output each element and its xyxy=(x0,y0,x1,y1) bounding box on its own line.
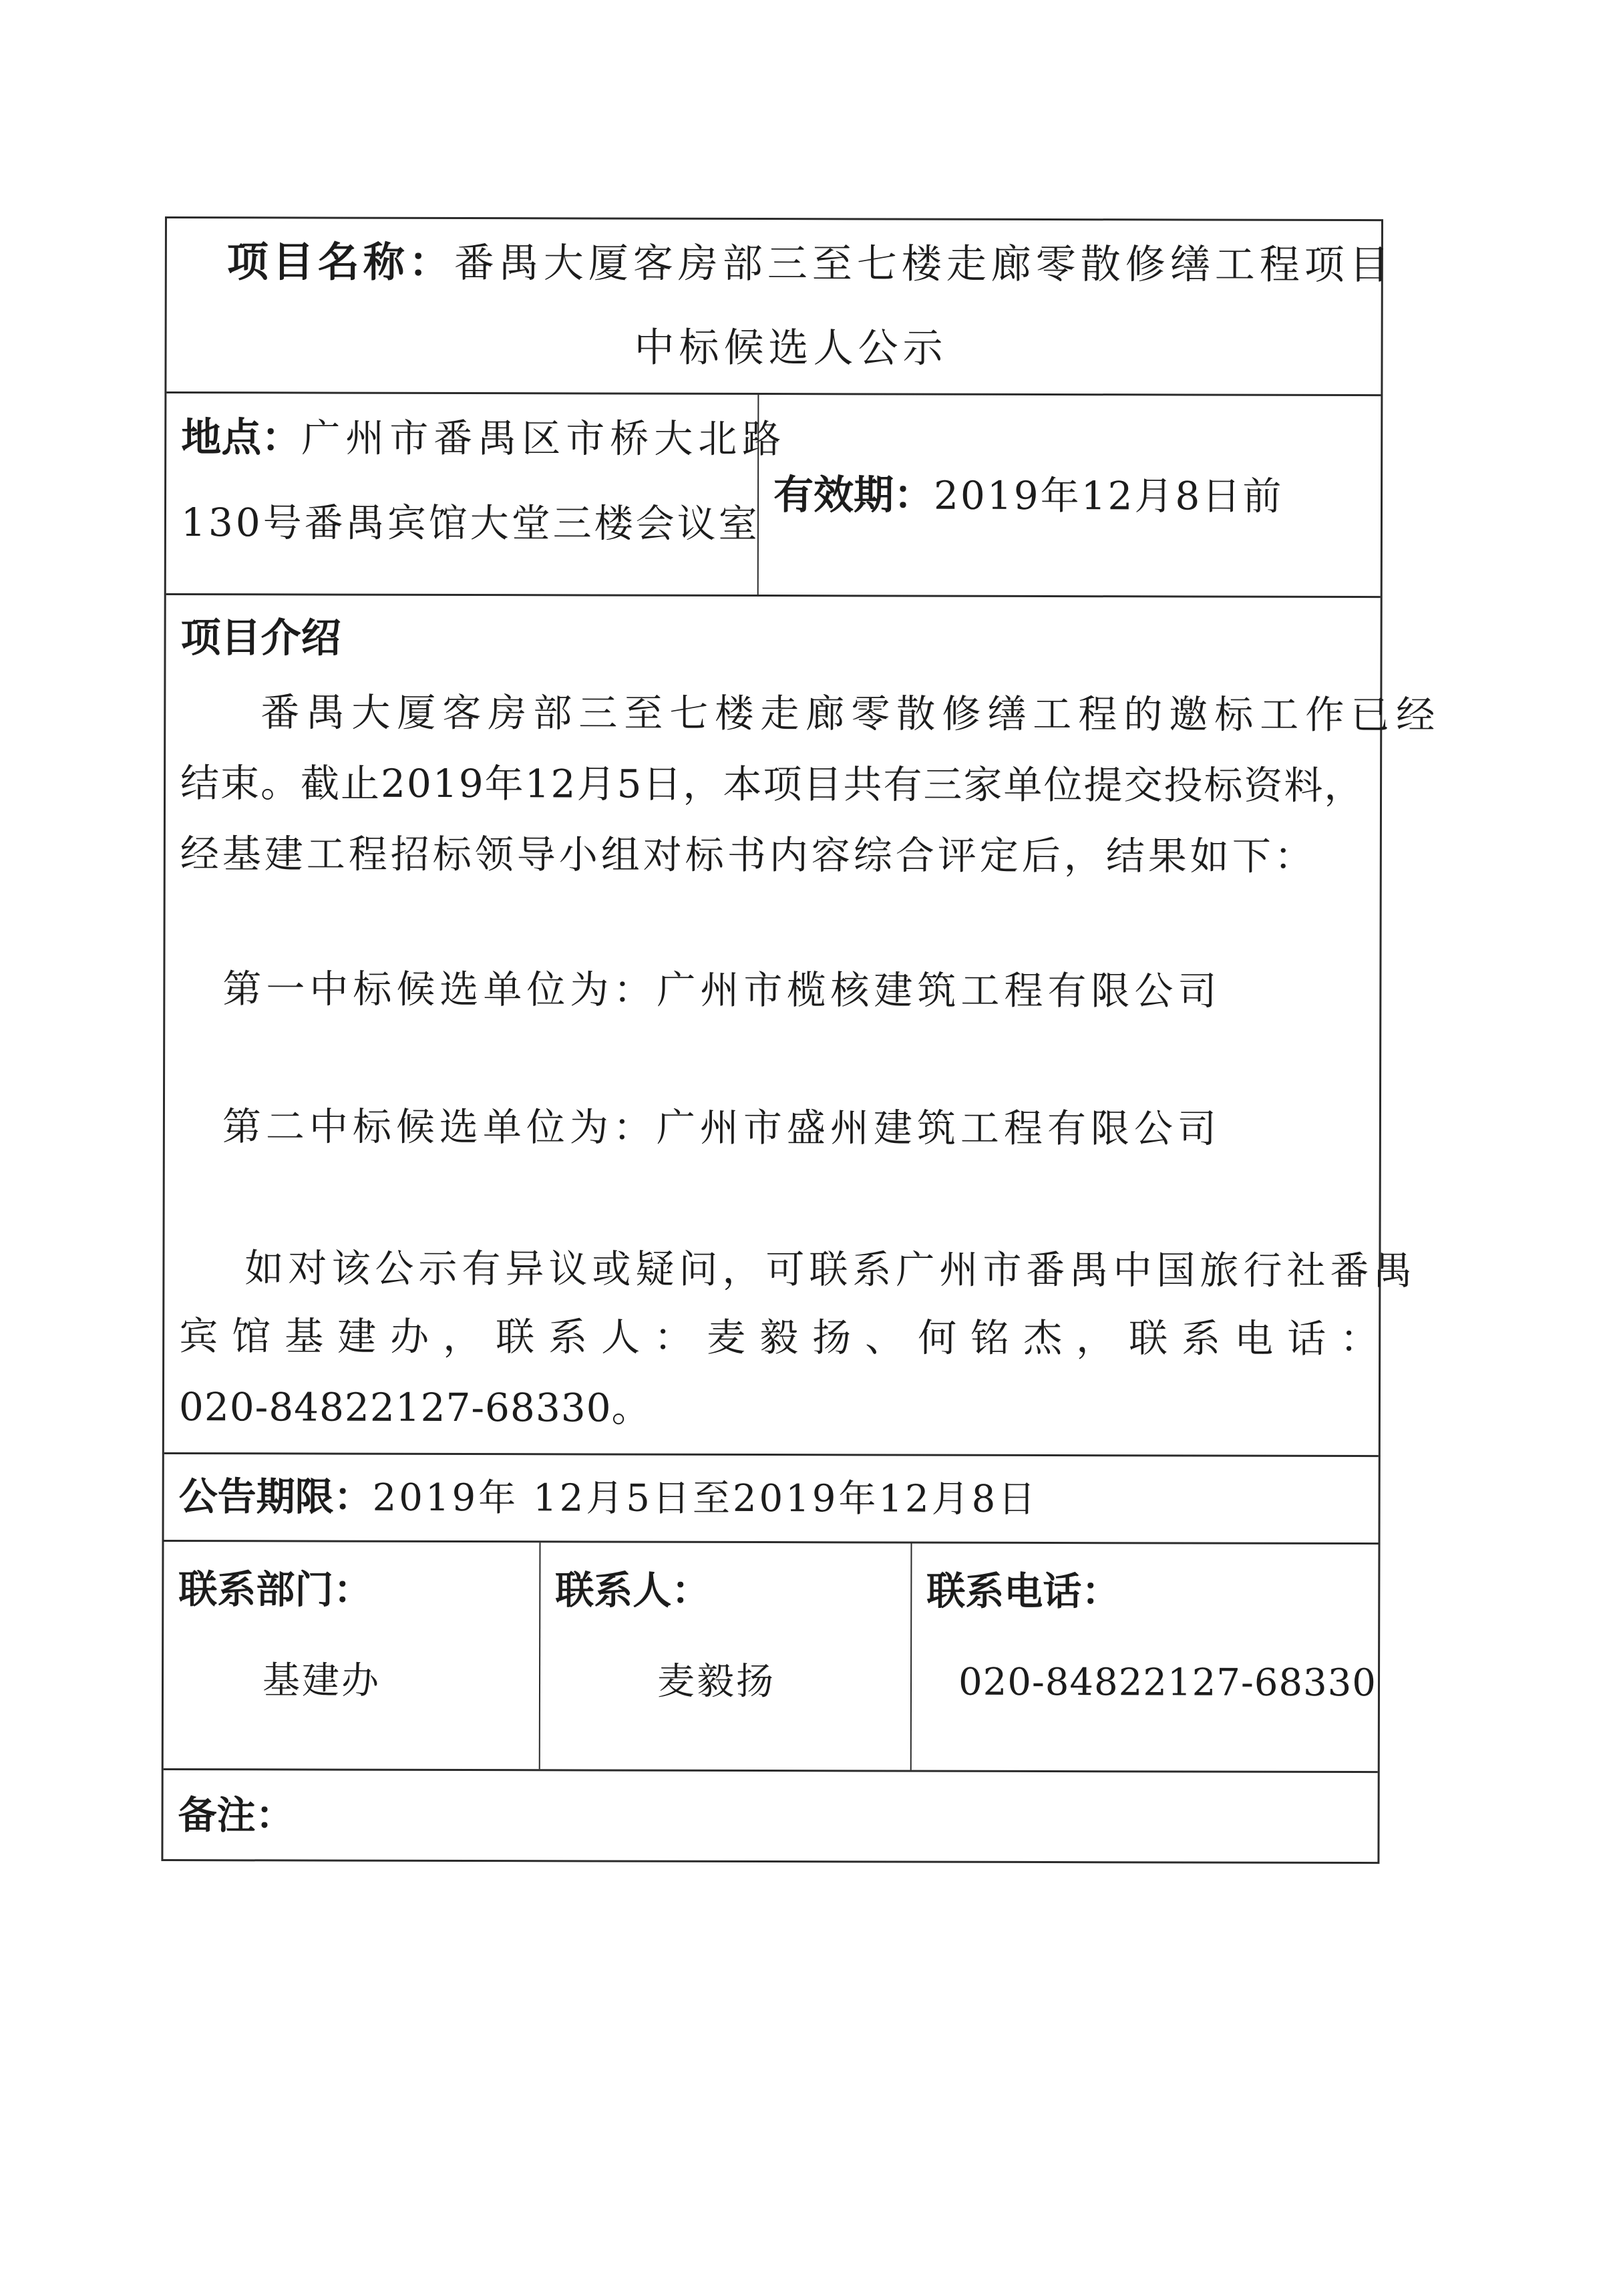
validity-label: 有效期： xyxy=(773,472,934,519)
location-value-line-1: 广州市番禺区市桥大北路 xyxy=(301,415,786,462)
project-name-label: 项目名称： xyxy=(227,237,454,287)
intro-heading: 项目介绍 xyxy=(181,618,341,659)
contact-department-cell: 联系部门： 基建办 xyxy=(164,1542,540,1769)
title-cell: 项目名称：番禺大厦客房部三至七楼走廊零散修缮工程项目 中标候选人公示 xyxy=(166,218,1381,394)
validity: 有效期：2019年12月8日前 xyxy=(773,475,1283,516)
contact-phone-cell: 联系电话： 020-84822127-68330 xyxy=(910,1544,1379,1772)
title-row: 项目名称：番禺大厦客房部三至七楼走廊零散修缮工程项目 中标候选人公示 xyxy=(166,218,1381,396)
intro-cell: 项目介绍 番禺大厦客房部三至七楼走廊零散修缮工程的邀标工作已经 结束。截止201… xyxy=(164,595,1381,1455)
location-validity-row: 地点：广州市番禺区市桥大北路 130号番禺宾馆大堂三楼会议室 有效期：2019年… xyxy=(166,393,1381,598)
intro-paragraph-1-line-1: 番禺大厦客房部三至七楼走廊零散修缮工程的邀标工作已经 xyxy=(260,693,1441,734)
contact-department-label: 联系部门： xyxy=(178,1570,372,1609)
intro-paragraph-2-line-1: 如对该公示有异议或疑问，可联系广州市番禺中国旅行社番禺 xyxy=(244,1249,1417,1290)
intro-paragraph-1-line-3: 经基建工程招标领导小组对标书内容综合评定后，结果如下： xyxy=(180,834,1316,876)
contact-phone-value: 020-84822127-68330 xyxy=(958,1664,1377,1702)
intro-paragraph-2-line-2: 宾馆基建办，联系人：麦毅扬、何铭杰，联系电话： xyxy=(179,1317,1393,1358)
notice-period-value: 2019年 12月5日至2019年12月8日 xyxy=(373,1476,1039,1521)
location-value-line-2: 130号番禺宾馆大堂三楼会议室 xyxy=(181,503,760,543)
validity-value: 2019年12月8日前 xyxy=(934,473,1283,519)
project-name-value: 番禺大厦客房部三至七楼走廊零散修缮工程项目 xyxy=(454,240,1394,289)
announcement-table: 项目名称：番禺大厦客房部三至七楼走廊零散修缮工程项目 中标候选人公示 地点：广州… xyxy=(161,216,1383,1864)
remarks-label: 备注： xyxy=(178,1796,295,1834)
remarks-row: 备注： xyxy=(163,1770,1377,1862)
contact-person-cell: 联系人： 麦毅扬 xyxy=(539,1542,911,1770)
location-cell: 地点：广州市番禺区市桥大北路 130号番禺宾馆大堂三楼会议室 xyxy=(166,393,758,595)
document-subtitle: 中标候选人公示 xyxy=(634,328,947,369)
document-page: 项目名称：番禺大厦客房部三至七楼走廊零散修缮工程项目 中标候选人公示 地点：广州… xyxy=(0,0,1609,2296)
candidate-first: 第一中标候选单位为：广州市榄核建筑工程有限公司 xyxy=(222,969,1221,1010)
intro-paragraph-1-line-2: 结束。截止2019年12月5日，本项目共有三家单位提交投标资料， xyxy=(180,764,1364,805)
validity-cell: 有效期：2019年12月8日前 xyxy=(757,395,1381,596)
remarks-cell: 备注： xyxy=(163,1770,1377,1862)
notice-period: 公告期限：2019年 12月5日至2019年12月8日 xyxy=(179,1477,1039,1518)
contact-phone-label: 联系电话： xyxy=(926,1572,1120,1611)
intro-row: 项目介绍 番禺大厦客房部三至七楼走廊零散修缮工程的邀标工作已经 结束。截止201… xyxy=(164,595,1381,1457)
contact-person-value: 麦毅扬 xyxy=(657,1663,775,1701)
candidate-second: 第二中标候选单位为：广州市盛州建筑工程有限公司 xyxy=(222,1107,1221,1148)
location-label: 地点： xyxy=(181,414,301,461)
contact-department-value: 基建办 xyxy=(262,1662,381,1699)
notice-period-cell: 公告期限：2019年 12月5日至2019年12月8日 xyxy=(164,1454,1379,1542)
intro-paragraph-2-line-3: 020-84822127-68330。 xyxy=(179,1387,651,1428)
contact-person-label: 联系人： xyxy=(555,1571,710,1610)
project-name: 项目名称：番禺大厦客房部三至七楼走廊零散修缮工程项目 xyxy=(227,241,1394,285)
notice-period-row: 公告期限：2019年 12月5日至2019年12月8日 xyxy=(164,1454,1378,1544)
location-line-1: 地点：广州市番禺区市桥大北路 xyxy=(181,418,786,459)
contacts-row: 联系部门： 基建办 联系人： 麦毅扬 联系电话： 020-84822127-68… xyxy=(164,1542,1379,1773)
notice-period-label: 公告期限： xyxy=(179,1474,373,1520)
